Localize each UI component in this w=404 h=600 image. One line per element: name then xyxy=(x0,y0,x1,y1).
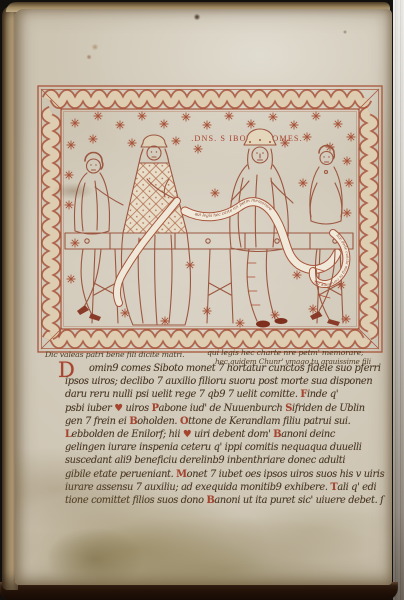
star-icon xyxy=(182,113,191,122)
star-icon xyxy=(247,120,256,129)
star-icon xyxy=(194,145,203,154)
star-icon xyxy=(211,189,220,198)
star-icon xyxy=(65,171,74,180)
star-icon xyxy=(67,275,76,284)
text-lines: omin9 comes Siboto monet 7 hortatur cunc… xyxy=(65,362,392,507)
star-icon xyxy=(89,135,98,144)
star-icon xyxy=(309,305,318,314)
star-icon xyxy=(290,121,299,130)
star-icon xyxy=(94,112,103,121)
star-icon xyxy=(312,112,321,121)
star-icon xyxy=(65,201,74,210)
text-line: Lebbolden de Enilorf; hii ♥ uiri debent … xyxy=(65,428,392,441)
text-line: gibile etate perueniant. Monet 7 iubet o… xyxy=(65,468,392,481)
star-icon xyxy=(345,179,354,188)
star-icon xyxy=(67,141,76,150)
star-icon xyxy=(203,121,212,130)
star-icon xyxy=(128,139,137,148)
parchment-page: .DNS. S IBOTO. COMES. xyxy=(15,9,392,585)
text-line: psbi iuber ♥ uiros Pabone iud' de Nuuenb… xyxy=(65,402,392,415)
scroll-ribbon-count xyxy=(185,202,337,270)
star-icon xyxy=(293,271,302,280)
text-line: gen 7 frein ei Boholden. Ottone de Keran… xyxy=(65,415,392,428)
star-icon xyxy=(303,133,312,142)
text-line: iurare assensu 7 auxiliu; ad exequida mo… xyxy=(65,481,392,494)
star-icon xyxy=(160,120,169,129)
caption-verse-right: qui legis hec charte nre petm' memorare; xyxy=(207,348,364,357)
star-icon xyxy=(71,119,80,128)
star-icon xyxy=(161,317,170,326)
star-icon xyxy=(347,133,356,142)
star-icon xyxy=(343,209,352,218)
star-icon xyxy=(343,157,352,166)
star-icon xyxy=(236,319,245,328)
text-line: ipsos uiros; declibo 7 auxilio filioru s… xyxy=(65,375,392,388)
star-icon xyxy=(334,120,343,129)
text-line: gelingen iurare inspenia ceteru q' ippi … xyxy=(65,441,392,454)
star-icon xyxy=(172,137,181,146)
text-line: tione comittet filios suos dono Banoni u… xyxy=(65,494,392,507)
text-line: suscedant ali9 beneficiu derelinb9 inben… xyxy=(65,454,392,467)
text-line: omin9 comes Siboto monet 7 hortatur cunc… xyxy=(65,362,392,375)
star-icon xyxy=(138,112,147,121)
manuscript-photo: .DNS. S IBOTO. COMES. xyxy=(0,0,404,600)
text-line: daru reru nulli psi uelit rege 7 qb9 7 u… xyxy=(65,388,392,401)
star-icon xyxy=(116,121,125,130)
star-icon xyxy=(269,113,278,122)
miniature-svg: .DNS. S IBOTO. COMES. xyxy=(35,83,385,355)
star-icon xyxy=(299,179,308,188)
page-edges-strip xyxy=(393,0,404,600)
star-icon xyxy=(225,112,234,121)
star-icon xyxy=(71,239,80,248)
